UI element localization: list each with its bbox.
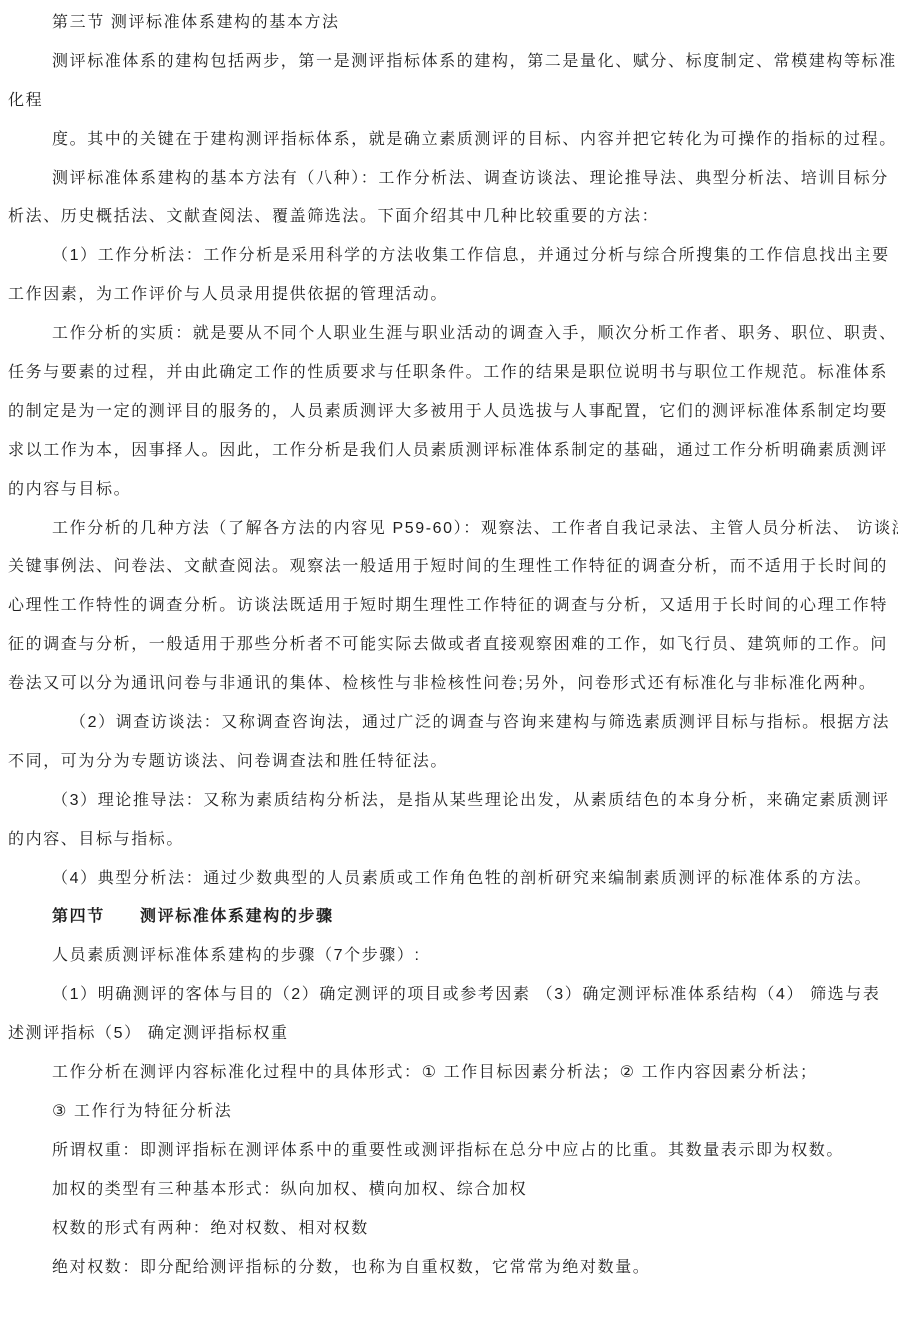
text-line: 第三节 测评标准体系建构的基本方法 (8, 4, 898, 43)
text-line: ③ 工作行为特征分析法 (8, 1093, 898, 1132)
text-line: 求以工作为本，因事择人。因此，工作分析是我们人员素质测评标准体系制定的基础，通过… (8, 432, 898, 471)
text-line: 化程 (8, 82, 898, 121)
text-line: （1）明确测评的客体与目的（2）确定测评的项目或参考因素 （3）确定测评标准体系… (8, 976, 898, 1015)
text-line: 的内容与目标。 (8, 471, 898, 510)
text-line: 工作分析在测评内容标准化过程中的具体形式：① 工作目标因素分析法；② 工作内容因… (8, 1054, 898, 1093)
text-line: 析法、历史概括法、文献查阅法、覆盖筛选法。下面介绍其中几种比较重要的方法： (8, 198, 898, 237)
text-line: 权数的形式有两种：绝对权数、相对权数 (8, 1210, 898, 1249)
text-line: 卷法又可以分为通讯问卷与非通讯的集体、检核性与非检核性问卷;另外，问卷形式还有标… (8, 665, 898, 704)
text-line: 述测评指标（5） 确定测评指标权重 (8, 1015, 898, 1054)
text-line: 工作分析的实质：就是要从不同个人职业生涯与职业活动的调查入手，顺次分析工作者、职… (8, 315, 898, 354)
text-line: 关键事例法、问卷法、文献查阅法。观察法一般适用于短时间的生理性工作特征的调查分析… (8, 548, 898, 587)
text-line: （2）调查访谈法：又称调查咨询法，通过广泛的调查与咨询来建构与筛选素质测评目标与… (8, 704, 898, 743)
text-line: 的制定是为一定的测评目的服务的，人员素质测评大多被用于人员选拔与人事配置，它们的… (8, 393, 898, 432)
text-line: 加权的类型有三种基本形式：纵向加权、横向加权、综合加权 (8, 1171, 898, 1210)
text-line: 人员素质测评标准体系建构的步骤（7个步骤）: (8, 937, 898, 976)
text-line: 心理性工作特性的调查分析。访谈法既适用于短时期生理性工作特征的调查与分析，又适用… (8, 587, 898, 626)
section-heading: 第四节 测评标准体系建构的步骤 (8, 898, 898, 937)
text-line: 不同，可为分为专题访谈法、问卷调查法和胜任特征法。 (8, 743, 898, 782)
text-line: 所谓权重：即测评指标在测评体系中的重要性或测评指标在总分中应占的比重。其数量表示… (8, 1132, 898, 1171)
text-line: 度。其中的关键在于建构测评指标体系，就是确立素质测评的目标、内容并把它转化为可操… (8, 121, 898, 160)
text-line: 任务与要素的过程，并由此确定工作的性质要求与任职条件。工作的结果是职位说明书与职… (8, 354, 898, 393)
text-line: （4）典型分析法：通过少数典型的人员素质或工作角色牲的剖析研究来编制素质测评的标… (8, 860, 898, 899)
text-line: 绝对权数：即分配给测评指标的分数，也称为自重权数，它常常为绝对数量。 (8, 1249, 898, 1288)
text-line: （1）工作分析法：工作分析是采用科学的方法收集工作信息，并通过分析与综合所搜集的… (8, 237, 898, 276)
document-page: 第三节 测评标准体系建构的基本方法测评标准体系的建构包括两步，第一是测评指标体系… (0, 0, 904, 1335)
text-line: 测评标准体系的建构包括两步，第一是测评指标体系的建构，第二是量化、赋分、标度制定… (8, 43, 898, 82)
text-line: 工作因素，为工作评价与人员录用提供依据的管理活动。 (8, 276, 898, 315)
text-line: 工作分析的几种方法（了解各方法的内容见 P59-60）：观察法、工作者自我记录法… (8, 510, 898, 549)
text-line: 的内容、目标与指标。 (8, 821, 898, 860)
text-line: 征的调查与分析，一般适用于那些分析者不可能实际去做或者直接观察困难的工作，如飞行… (8, 626, 898, 665)
text-line: （3）理论推导法：又称为素质结构分析法，是指从某些理论出发，从素质结色的本身分析… (8, 782, 898, 821)
text-line: 测评标准体系建构的基本方法有（八种）：工作分析法、调查访谈法、理论推导法、典型分… (8, 160, 898, 199)
